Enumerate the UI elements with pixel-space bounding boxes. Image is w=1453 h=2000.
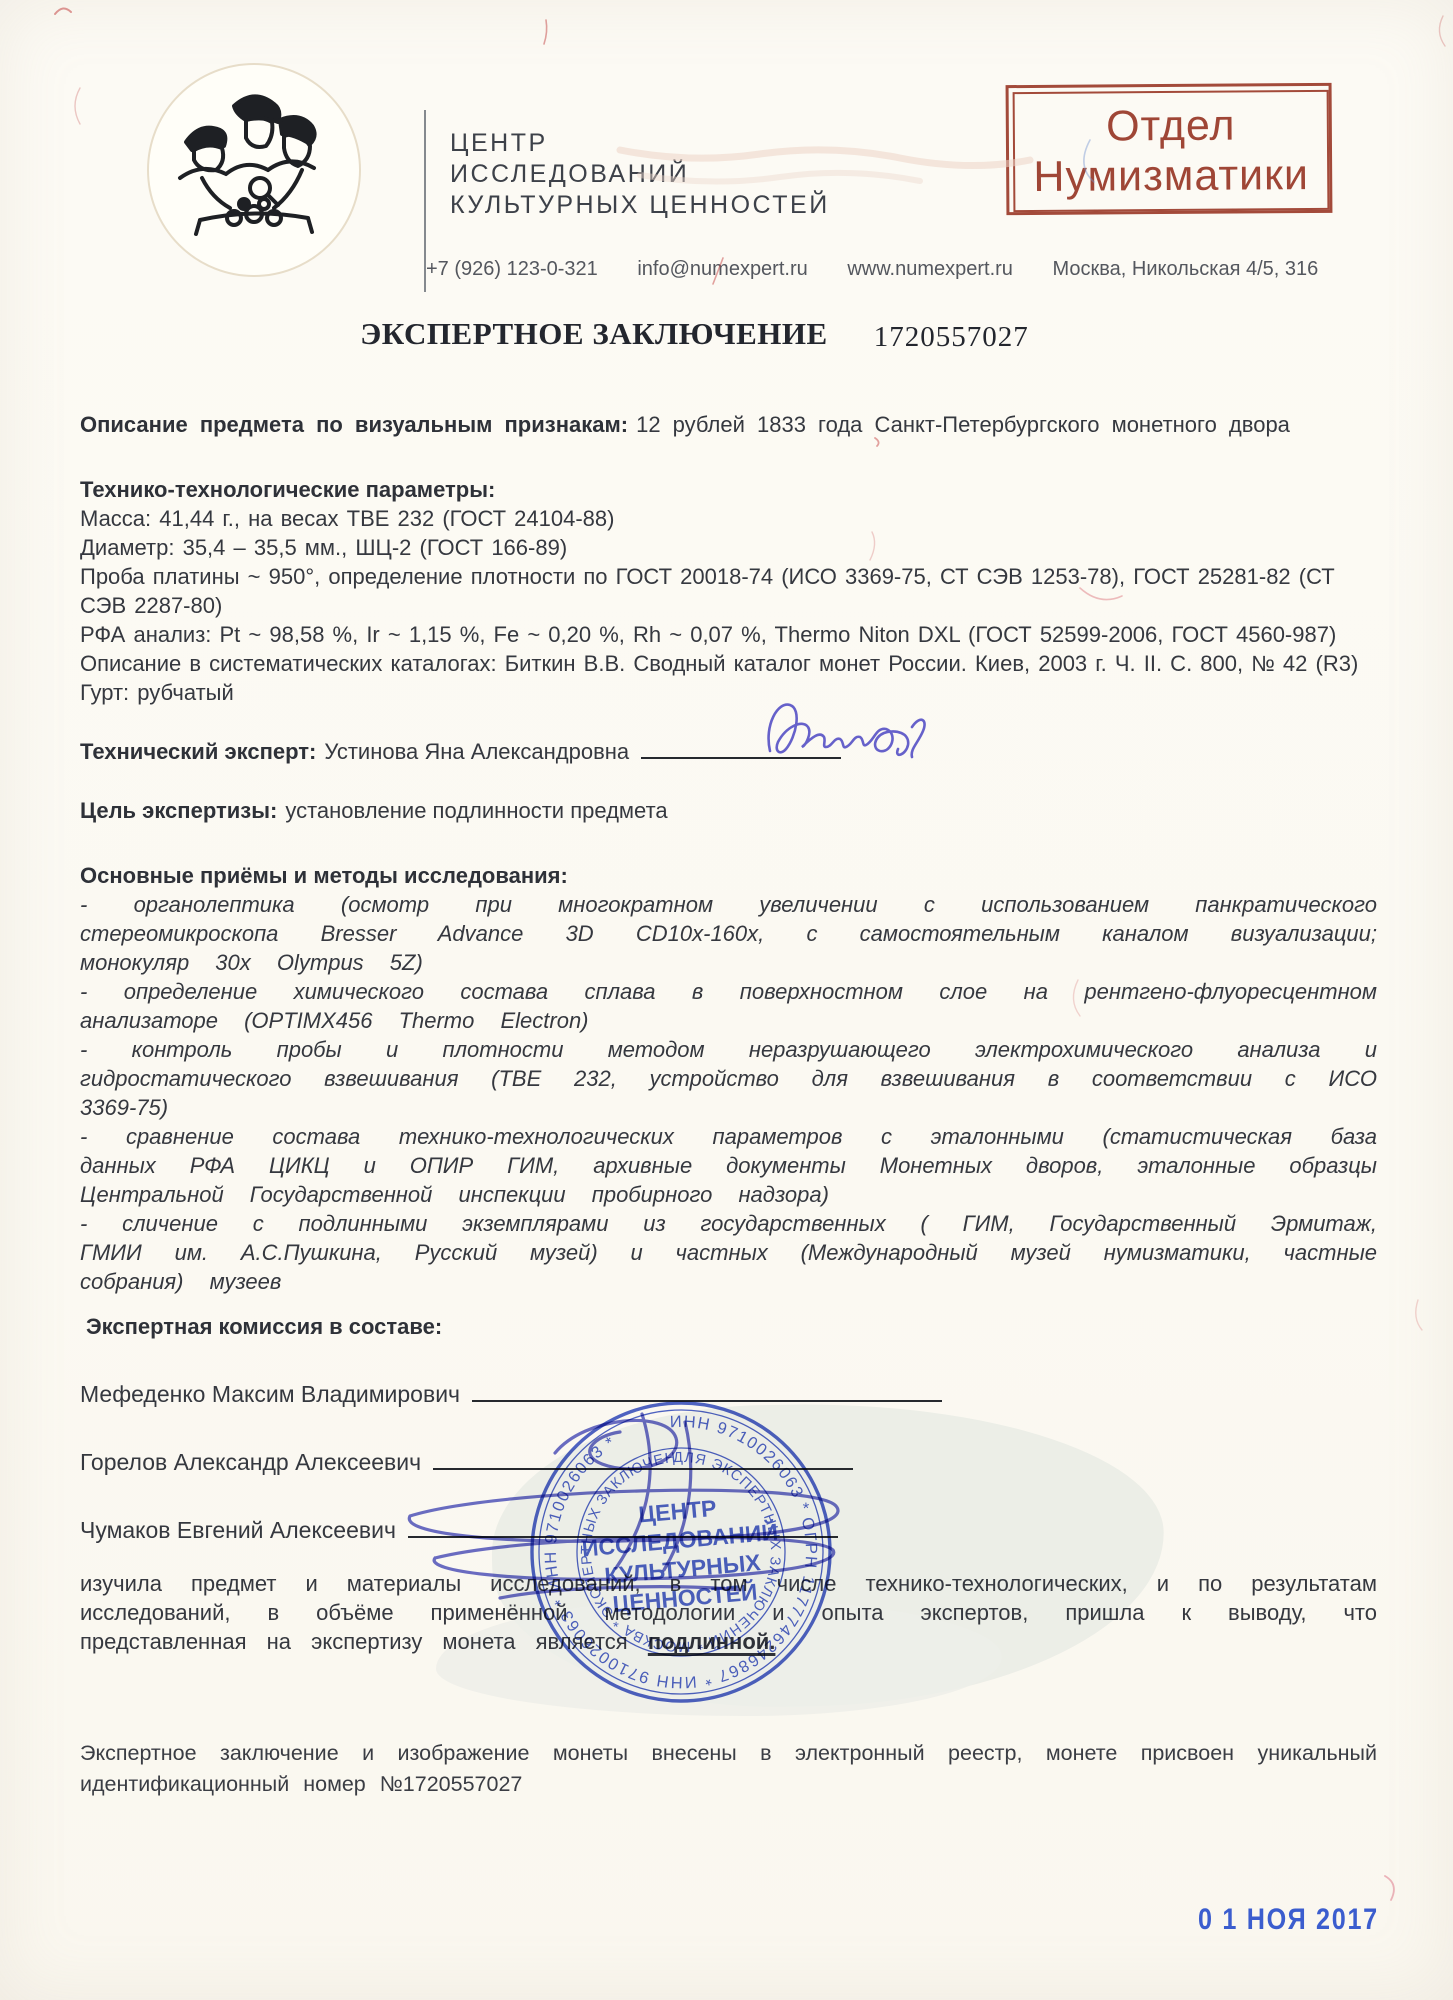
expert-signature <box>760 685 940 785</box>
purpose-label: Цель экспертизы: <box>80 798 277 823</box>
registry-note: Экспертное заключение и изображение моне… <box>80 1738 1377 1800</box>
member-name: Чумаков Евгений Алексеевич <box>80 1517 396 1543</box>
description-label: Описание предмета по визуальным признака… <box>80 412 628 437</box>
tech-expert-name: Устинова Яна Александровна <box>324 739 629 764</box>
tech-param-line: РФА анализ: Pt ~ 98,58 %, Ir ~ 1,15 %, F… <box>80 620 1377 649</box>
tech-param-line: Диаметр: 35,4 – 35,5 мм., ШЦ-2 (ГОСТ 166… <box>80 533 1377 562</box>
website-url: www.numexpert.ru <box>847 258 1013 280</box>
method-item: - сличение с подлинными экземплярами из … <box>80 1209 1377 1296</box>
department-badge: Отдел Нумизматики <box>1006 83 1333 215</box>
department-badge-frame: Отдел Нумизматики <box>1013 90 1330 212</box>
methods-heading: Основные приёмы и методы исследования: <box>80 863 568 888</box>
date-stamp: 0 1 НОЯ 2017 <box>1198 1903 1379 1937</box>
tech-param-line: Проба платины ~ 950°, определение плотно… <box>80 562 1377 620</box>
method-item: - контроль пробы и плотности методом нер… <box>80 1035 1377 1122</box>
org-name: ЦЕНТР ИССЛЕДОВАНИЙ КУЛЬТУРНЫХ ЦЕННОСТЕЙ <box>450 128 830 221</box>
purpose-row: Цель экспертизы:установление подлинности… <box>80 796 1377 825</box>
commission-heading: Экспертная комиссия в составе: <box>86 1314 442 1339</box>
description-text: 12 рублей 1833 года Санкт-Петербургского… <box>636 412 1290 437</box>
badge-line-2: Нумизматики <box>1033 150 1309 202</box>
logo-icon <box>142 58 366 282</box>
committee-signatures <box>380 1398 980 1658</box>
document-title: ЭКСПЕРТНОЕ ЗАКЛЮЧЕНИЕ <box>360 316 827 351</box>
postal-address: Москва, Никольская 4/5, 316 <box>1053 258 1319 280</box>
letterhead: ЦЕНТР ИССЛЕДОВАНИЙ КУЛЬТУРНЫХ ЦЕННОСТЕЙ … <box>0 0 1453 312</box>
title-row: ЭКСПЕРТНОЕ ЗАКЛЮЧЕНИЕ 1720557027 <box>46 316 1343 352</box>
document-number: 1720557027 <box>874 321 1029 354</box>
method-item: - органолептика (осмотр при многократном… <box>80 890 1377 977</box>
contact-line: +7 (926) 123-0-321 info@numexpert.ru www… <box>426 258 1352 281</box>
description-paragraph: Описание предмета по визуальным признака… <box>80 410 1377 439</box>
tech-params-section: Технико-технологические параметры: Масса… <box>80 475 1377 707</box>
phone-number: +7 (926) 123-0-321 <box>426 258 598 280</box>
logo-illustration <box>142 58 366 282</box>
tech-expert-label: Технический эксперт: <box>80 739 316 764</box>
purpose-text: установление подлинности предмета <box>285 798 667 823</box>
org-name-line: КУЛЬТУРНЫХ ЦЕННОСТЕЙ <box>450 190 830 221</box>
org-name-line: ЦЕНТР <box>450 128 830 159</box>
badge-line-1: Отдел <box>1106 101 1236 152</box>
org-name-line: ИССЛЕДОВАНИЙ <box>450 159 830 190</box>
tech-expert-row: Технический эксперт:Устинова Яна Алексан… <box>80 737 1377 766</box>
method-item: - сравнение состава технико-технологичес… <box>80 1122 1377 1209</box>
document-page: ЦЕНТР ИССЛЕДОВАНИЙ КУЛЬТУРНЫХ ЦЕННОСТЕЙ … <box>0 0 1453 2000</box>
tech-param-line: Масса: 41,44 г., на весах ТВЕ 232 (ГОСТ … <box>80 504 1377 533</box>
tech-param-line: Описание в систематических каталогах: Би… <box>80 649 1377 678</box>
tech-param-line: Гурт: рубчатый <box>80 678 1377 707</box>
method-item: - определение химического состава сплава… <box>80 977 1377 1035</box>
methods-section: Основные приёмы и методы исследования: -… <box>80 861 1377 1296</box>
email-address: info@numexpert.ru <box>637 258 807 280</box>
tech-params-heading: Технико-технологические параметры: <box>80 477 495 502</box>
member-name: Горелов Александр Алексеевич <box>80 1449 421 1475</box>
